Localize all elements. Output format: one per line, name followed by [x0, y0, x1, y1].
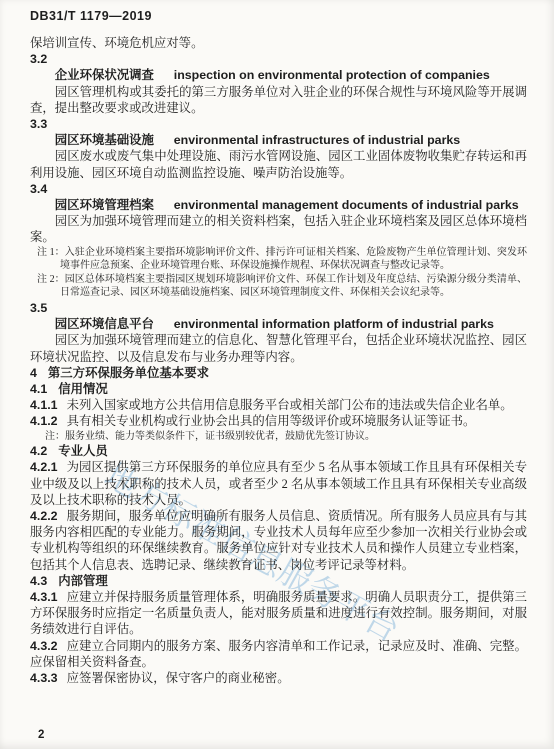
term-zh: 园区环境基础设施 [55, 133, 154, 147]
term-definition-3-5: 园区为加强环境管理而建立的信息化、智慧化管理平台，包括企业环境状况监控、园区环境… [30, 332, 527, 364]
term-number-3-5: 3.5 [30, 300, 527, 316]
term-en: environmental information platform of in… [174, 317, 494, 331]
term-zh: 企业环保状况调查 [55, 68, 154, 82]
section-4-1-heading: 4.1信用情况 [30, 381, 527, 397]
clause-number: 4.3.3 [30, 671, 58, 685]
clause-4-1-2-note: 注：服务业绩、能力等类似条件下，证书级别较优者，鼓励优先签订协议。 [30, 430, 527, 444]
clause-text: 具有相关专业机构或行业协会出具的信用等级评价或环境服务认证等证书。 [67, 414, 476, 428]
section-4-2-heading: 4.2专业人员 [30, 443, 527, 459]
clause-text: 应签署保密协议，保守客户的商业秘密。 [67, 671, 290, 685]
clause-number: 4.1.1 [30, 398, 58, 412]
section-number: 4.1 [30, 382, 47, 396]
section-number: 4.2 [30, 444, 47, 458]
section-title-text: 内部管理 [58, 574, 108, 588]
term-number-3-4: 3.4 [30, 181, 527, 197]
clause-text: 服务期间，服务单位应明确所有服务人员信息、资质情况。所有服务人员应具有与其服务内… [30, 509, 527, 572]
clause-4-3-3: 4.3.3应签署保密协议，保守客户的商业秘密。 [30, 670, 527, 686]
chapter-4-heading: 4第三方环保服务单位基本要求 [30, 365, 527, 381]
term-en: inspection on environmental protection o… [174, 68, 490, 82]
term-zh: 园区环境管理档案 [55, 198, 154, 212]
section-title-text: 专业人员 [58, 444, 108, 458]
clause-text: 未列入国家或地方公共信用信息服务平台或相关部门公布的违法或失信企业名单。 [67, 398, 513, 412]
term-title-3-3: 园区环境基础设施environmental infrastructures of… [30, 132, 527, 148]
term-definition-3-2: 园区管理机构或其委托的第三方服务单位对入驻企业的环保合规性与环境风险等开展调查，… [30, 84, 527, 116]
clause-number: 4.2.1 [30, 460, 58, 474]
term-title-3-4: 园区环境管理档案environmental management documen… [30, 197, 527, 213]
section-title-text: 信用情况 [58, 382, 108, 396]
document-body: 保培训宣传、环境危机应对等。 3.2 企业环保状况调查inspection on… [30, 35, 527, 686]
clause-4-2-2: 4.2.2服务期间，服务单位应明确所有服务人员信息、资质情况。所有服务人员应具有… [30, 508, 527, 573]
section-4-3-heading: 4.3内部管理 [30, 573, 527, 589]
term-note-2: 注 2：园区总体环境档案主要指园区规划环境影响评价文件、环保工作计划及年度总结、… [30, 273, 527, 300]
clause-text: 应建立合同期内的服务方案、服务内容清单和工作记录，记录应及时、准确、完整。应保留… [30, 639, 527, 669]
term-en: environmental infrastructures of industr… [174, 133, 460, 147]
term-number-3-2: 3.2 [30, 51, 527, 67]
clause-4-2-1: 4.2.1为园区提供第三方环保服务的单位应具有至少 5 名从事本领域工作且具有环… [30, 459, 527, 508]
clause-4-1-2: 4.1.2具有相关专业机构或行业协会出具的信用等级评价或环境服务认证等证书。 [30, 413, 527, 429]
standard-number-header: DB31/T 1179—2019 [30, 9, 152, 23]
term-title-3-5: 园区环境信息平台environmental information platfo… [30, 316, 527, 332]
continued-paragraph: 保培训宣传、环境危机应对等。 [30, 35, 527, 51]
term-number-3-3: 3.3 [30, 116, 527, 132]
document-page: DB31/T 1179—2019 地方标准信息服务平台 保培训宣传、环境危机应对… [0, 0, 554, 749]
term-definition-3-4: 园区为加强环境管理而建立的相关资料档案，包括入驻企业环境档案及园区总体环境档案。 [30, 213, 527, 245]
page-number: 2 [38, 729, 44, 741]
chapter-number: 4 [30, 366, 37, 380]
term-definition-3-3: 园区废水或废气集中处理设施、雨污水管网设施、园区工业固体废物收集贮存转运和再利用… [30, 148, 527, 180]
term-zh: 园区环境信息平台 [55, 317, 154, 331]
clause-4-3-1: 4.3.1应建立并保持服务质量管理体系，明确服务质量要求。明确人员职责分工，提供… [30, 589, 527, 638]
term-note-1: 注 1：入驻企业环境档案主要指环境影响评价文件、排污许可证相关档案、危险废物产生… [30, 246, 527, 273]
chapter-title-text: 第三方环保服务单位基本要求 [48, 366, 209, 380]
clause-4-1-1: 4.1.1未列入国家或地方公共信用信息服务平台或相关部门公布的违法或失信企业名单… [30, 397, 527, 413]
term-en: environmental management documents of in… [174, 198, 519, 212]
clause-number: 4.1.2 [30, 414, 58, 428]
clause-number: 4.3.2 [30, 639, 58, 653]
clause-text: 为园区提供第三方环保服务的单位应具有至少 5 名从事本领域工作且具有环保相关专业… [30, 460, 527, 506]
term-title-3-2: 企业环保状况调查inspection on environmental prot… [30, 67, 527, 83]
section-number: 4.3 [30, 574, 47, 588]
clause-text: 应建立并保持服务质量管理体系，明确服务质量要求。明确人员职责分工，提供第三方环保… [30, 590, 527, 636]
clause-4-3-2: 4.3.2应建立合同期内的服务方案、服务内容清单和工作记录，记录应及时、准确、完… [30, 638, 527, 670]
clause-number: 4.2.2 [30, 509, 58, 523]
clause-number: 4.3.1 [30, 590, 58, 604]
